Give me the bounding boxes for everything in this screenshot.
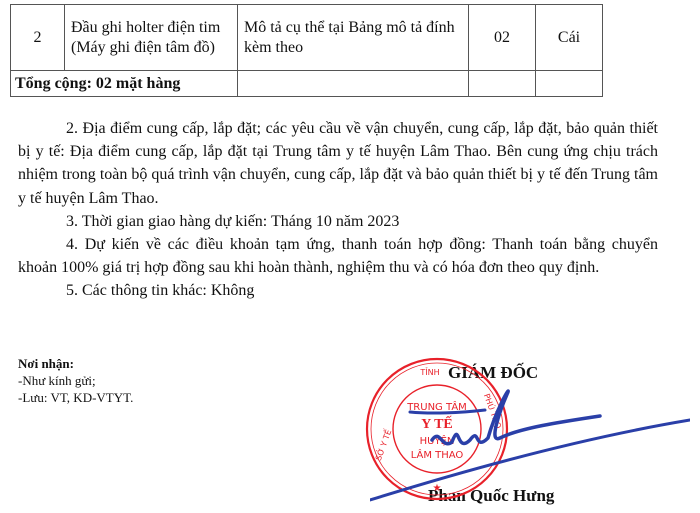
total-label: Tổng cộng: 02 mặt hàng — [11, 71, 238, 97]
recipient-item: -Như kính gửi; — [18, 372, 133, 389]
paragraph-other-info: 5. Các thông tin khác: Không — [18, 279, 658, 302]
total-empty-cell — [469, 71, 536, 97]
cell-unit: Cái — [536, 5, 603, 71]
items-table: 2 Đầu ghi holter điện tim (Máy ghi điện … — [10, 4, 603, 97]
handwritten-signature-icon — [370, 380, 690, 510]
paragraph-payment-terms: 4. Dự kiến về các điều khoản tạm ứng, th… — [18, 233, 658, 279]
recipients-block: Nơi nhận: -Như kính gửi; -Lưu: VT, KD-VT… — [18, 355, 133, 406]
total-row: Tổng cộng: 02 mặt hàng — [11, 71, 603, 97]
cell-no: 2 — [11, 5, 65, 71]
stamp-text-top: TỈNH — [419, 366, 439, 377]
cell-item-name: Đầu ghi holter điện tim (Máy ghi điện tâ… — [65, 5, 238, 71]
paragraph-delivery-location: 2. Địa điểm cung cấp, lắp đặt; các yêu c… — [18, 117, 658, 210]
paragraph-delivery-time: 3. Thời gian giao hàng dự kiến: Tháng 10… — [18, 210, 658, 233]
recipient-item: -Lưu: VT, KD-VTYT. — [18, 389, 133, 406]
recipients-heading: Nơi nhận: — [18, 355, 133, 372]
total-empty-cell — [238, 71, 469, 97]
table-row: 2 Đầu ghi holter điện tim (Máy ghi điện … — [11, 5, 603, 71]
total-empty-cell — [536, 71, 603, 97]
body-text: 2. Địa điểm cung cấp, lắp đặt; các yêu c… — [18, 117, 658, 303]
cell-quantity: 02 — [469, 5, 536, 71]
cell-description: Mô tả cụ thể tại Bảng mô tả đính kèm the… — [238, 5, 469, 71]
